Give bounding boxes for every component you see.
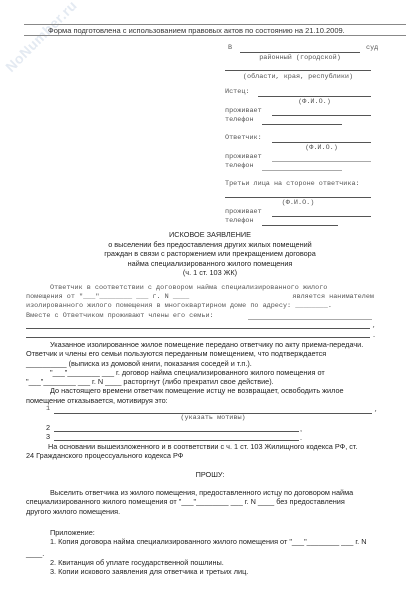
p5-line-2: 24 Гражданского процессуального кодекса …: [26, 451, 386, 460]
p4-line-2: помещение отказывается, мотивируя это:: [26, 396, 380, 405]
court-caption: районный (городской): [240, 54, 360, 62]
p4-line-1: До настоящего времени ответчик помещение…: [26, 386, 380, 395]
court-name-field[interactable]: [240, 52, 360, 53]
family-members-field-1[interactable]: [248, 319, 372, 320]
request-line-1: Выселить ответчика из жилого помещения, …: [26, 488, 382, 497]
plaintiff-phone-field[interactable]: [262, 124, 342, 125]
p1-line-2b: является нанимателем: [292, 293, 374, 302]
attachment-item-3: 3. Копии искового заявления для ответчик…: [26, 567, 386, 576]
attachments-heading: Приложение:: [26, 528, 386, 537]
third-parties-phone-label: телефон: [225, 217, 254, 225]
watermark: NoNumber.ru: [2, 0, 80, 75]
p2-line-3: __________ (выписка из домовой книги, по…: [26, 359, 380, 368]
paragraph-transfer: Указанное изолированное жилое помещение …: [26, 340, 380, 405]
region-field[interactable]: [225, 70, 371, 71]
attachments: Приложение: 1. Копия договора найма спец…: [26, 528, 386, 576]
request-heading: ПРОШУ:: [0, 470, 420, 479]
attachment-item-2: 2. Квитанция об уплате государственной п…: [26, 558, 386, 567]
region-caption: (области, края, республики): [225, 73, 371, 81]
family-members-field-2[interactable]: [26, 328, 370, 329]
third-parties-fio-caption: (Ф.И.О.): [225, 199, 371, 207]
p1-line-3: изолированного жилого помещения в многок…: [26, 302, 374, 311]
p1-line-2: помещения от "___"________ ___ г. N ____…: [26, 293, 374, 302]
motive-num-3: 3: [46, 432, 50, 441]
attachment-item-1-cont: ____.: [26, 549, 386, 558]
paragraph-tenancy: Ответчик в соответствии с договором найм…: [26, 284, 374, 321]
paragraph-legal-basis: На основании вышеизложенного и в соответ…: [26, 442, 386, 461]
title-main: ИСКОВОЕ ЗАЯВЛЕНИЕ: [0, 230, 420, 240]
motive-num-1: 1: [46, 405, 50, 413]
plaintiff-phone-label: телефон: [225, 116, 254, 124]
defendant-fio-caption: (Ф.И.О.): [272, 144, 371, 152]
p1-line-2a: помещения от "___"________ ___ г. N ____: [26, 293, 189, 302]
plaintiff-label: Истец:: [225, 88, 249, 96]
defendant-address-field[interactable]: [272, 161, 371, 162]
plaintiff-fio-field[interactable]: [258, 96, 371, 97]
motive-field-2[interactable]: [54, 431, 299, 432]
p5-line-1: На основании вышеизложенного и в соответ…: [26, 442, 386, 451]
court-prefix: В: [228, 44, 232, 52]
motive-num-2: 2: [46, 423, 50, 432]
title-line-2: граждан в связи с расторжением или прекр…: [0, 249, 420, 259]
defendant-label: Ответчик:: [225, 134, 262, 142]
plaintiff-address-field[interactable]: [272, 115, 371, 116]
plaintiff-fio-caption: (Ф.И.О.): [258, 98, 371, 106]
third-parties-fio-field[interactable]: [225, 197, 371, 198]
p3-line-1: "___"________ ___ г. договор найма специ…: [26, 368, 380, 377]
defendant-phone-field[interactable]: [262, 170, 342, 171]
motive-caption: (указать мотивы): [54, 414, 372, 422]
p3-line-2: "___"________ ___ г. N ____ расторгнут (…: [26, 377, 380, 386]
title-line-4: (ч. 1 ст. 103 ЖК): [0, 268, 420, 278]
defendant-fio-field[interactable]: [272, 142, 371, 143]
request-line-2: специализированного жилого помещения от …: [26, 497, 382, 506]
motive-field-3[interactable]: [54, 440, 299, 441]
third-parties-label: Третьи лица на стороне ответчика:: [225, 180, 360, 188]
request-body: Выселить ответчика из жилого помещения, …: [26, 488, 382, 516]
defendant-phone-label: телефон: [225, 162, 254, 170]
family-members-field-3[interactable]: [26, 337, 370, 338]
title-line-3: найма специализированного жилого помещен…: [0, 259, 420, 269]
request-line-3: другого жилого помещения.: [26, 507, 382, 516]
document-title: ИСКОВОЕ ЗАЯВЛЕНИЕ о выселении без предос…: [0, 230, 420, 278]
court-suffix: суд: [366, 44, 378, 52]
title-line-1: о выселении без предоставления других жи…: [0, 240, 420, 250]
p1-line-1: Ответчик в соответствии с договором найм…: [26, 284, 374, 293]
defendant-resides-label: проживает: [225, 153, 262, 161]
attachment-item-1: 1. Копия договора найма специализированн…: [26, 537, 386, 546]
third-parties-phone-field[interactable]: [262, 225, 338, 226]
p2-line-2: Ответчик и члены его семьи пользуются пе…: [26, 349, 380, 358]
plaintiff-resides-label: проживает: [225, 107, 262, 115]
form-note: Форма подготовлена с использованием прав…: [24, 24, 406, 36]
third-parties-resides-label: проживает: [225, 208, 262, 216]
third-parties-address-field[interactable]: [272, 216, 371, 217]
p2-line-1: Указанное изолированное жилое помещение …: [26, 340, 380, 349]
